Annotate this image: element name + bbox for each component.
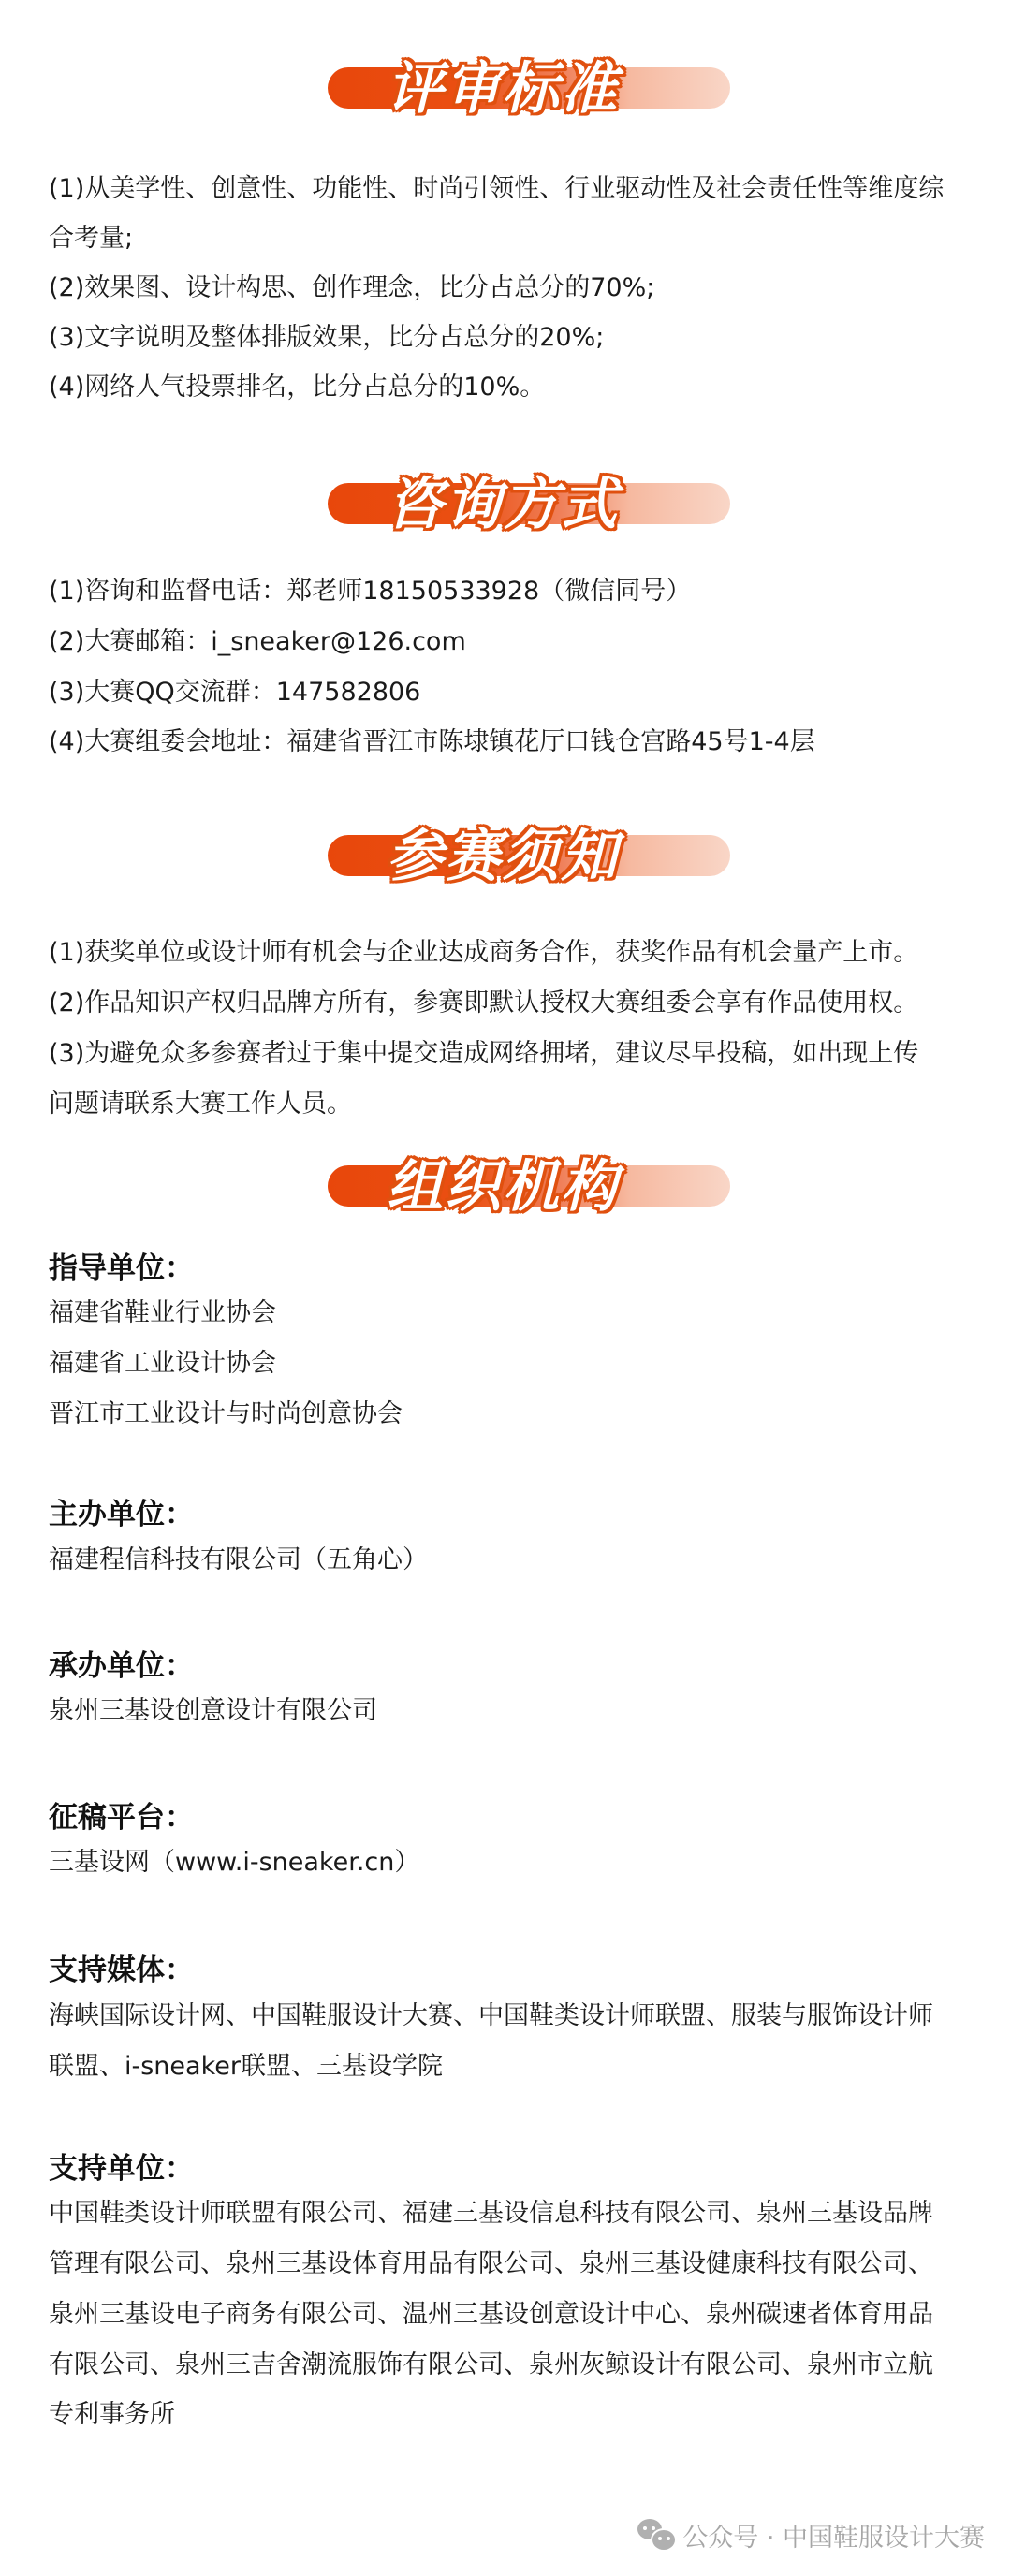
- watermark: 公众号 · 中国鞋服设计大赛: [637, 2516, 985, 2554]
- criteria-line: (1)从美学性、创意性、功能性、时尚引领性、行业驱动性及社会责任性等维度综: [49, 172, 944, 206]
- org-item: 联盟、i-sneaker联盟、三基设学院: [49, 2050, 443, 2084]
- contact-qq-group: (3)大赛QQ交流群：147582806: [49, 676, 420, 710]
- org-item: 有限公司、泉州三吉舍潮流服饰有限公司、泉州灰鲸设计有限公司、泉州市立航: [49, 2349, 933, 2382]
- org-item: 福建省工业设计协会: [49, 1347, 276, 1381]
- org-heading-host: 主办单位：: [49, 1496, 194, 1533]
- org-item: 管理有限公司、泉州三基设体育用品有限公司、泉州三基设健康科技有限公司、: [49, 2247, 933, 2281]
- criteria-line: (2)效果图、设计构思、创作理念，比分占总分的70%;: [49, 271, 654, 305]
- org-item: 专利事务所: [49, 2398, 175, 2432]
- org-item: 泉州三基设创意设计有限公司: [49, 1694, 377, 1728]
- org-heading-guidance: 指导单位：: [49, 1250, 194, 1287]
- section-title: 评审标准: [376, 47, 629, 131]
- section-banner-contact: 咨询方式: [328, 462, 730, 547]
- org-item: 三基设网（www.i-sneaker.cn）: [49, 1846, 419, 1880]
- wechat-icon: [637, 2519, 675, 2551]
- notice-line: (1)获奖单位或设计师有机会与企业达成商务合作，获奖作品有机会量产上市。: [49, 936, 918, 970]
- notice-line: (3)为避免众多参赛者过于集中提交造成网络拥堵，建议尽早投稿，如出现上传: [49, 1037, 918, 1071]
- contact-email: (2)大赛邮箱：i_sneaker@126.com: [49, 625, 466, 659]
- section-title: 咨询方式: [376, 462, 629, 547]
- org-item: 中国鞋类设计师联盟有限公司、福建三基设信息科技有限公司、泉州三基设品牌: [49, 2197, 933, 2231]
- contact-address: (4)大赛组委会地址：福建省晋江市陈埭镇花厅口钱仓宫路45号1-4层: [49, 725, 815, 759]
- org-item: 福建省鞋业行业协会: [49, 1296, 276, 1330]
- section-title: 参赛须知: [376, 814, 629, 899]
- criteria-line: 合考量;: [49, 222, 133, 256]
- notice-line: 问题请联系大赛工作人员。: [49, 1088, 352, 1121]
- section-title: 组织机构: [376, 1145, 629, 1229]
- contact-phone: (1)咨询和监督电话：郑老师18150533928（微信同号）: [49, 575, 691, 608]
- section-banner-criteria: 评审标准: [328, 47, 730, 131]
- watermark-text: 公众号 · 中国鞋服设计大赛: [682, 2517, 985, 2554]
- org-item: 福建程信科技有限公司（五角心）: [49, 1544, 428, 1577]
- org-heading-submission-platform: 征稿平台：: [49, 1799, 194, 1837]
- org-item: 泉州三基设电子商务有限公司、温州三基设创意设计中心、泉州碳速者体育用品: [49, 2298, 933, 2332]
- criteria-line: (4)网络人气投票排名，比分占总分的10%。: [49, 371, 545, 404]
- section-banner-notice: 参赛须知: [328, 814, 730, 899]
- org-heading-support-media: 支持媒体：: [49, 1952, 194, 1989]
- org-item: 海峡国际设计网、中国鞋服设计大赛、中国鞋类设计师联盟、服装与服饰设计师: [49, 1999, 933, 2033]
- org-heading-support-units: 支持单位：: [49, 2150, 194, 2188]
- org-heading-organizer: 承办单位：: [49, 1647, 194, 1685]
- notice-line: (2)作品知识产权归品牌方所有，参赛即默认授权大赛组委会享有作品使用权。: [49, 987, 918, 1020]
- org-item: 晋江市工业设计与时尚创意协会: [49, 1398, 403, 1431]
- section-banner-organization: 组织机构: [328, 1145, 730, 1229]
- criteria-line: (3)文字说明及整体排版效果，比分占总分的20%;: [49, 321, 604, 355]
